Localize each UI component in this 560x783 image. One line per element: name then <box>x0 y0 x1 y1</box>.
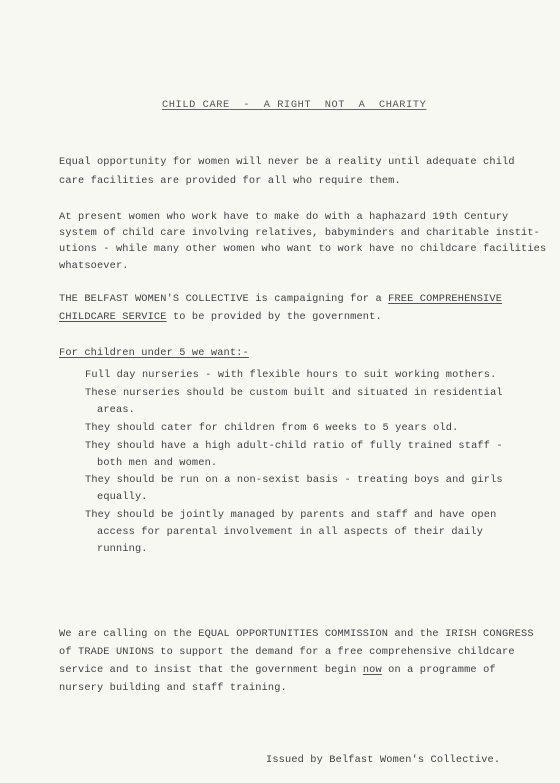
title-dash: - <box>230 99 264 111</box>
signature: Issued by Belfast Women's Collective. <box>266 754 500 767</box>
para1-line1: Equal opportunity for women will never b… <box>59 156 515 169</box>
title-part2: A RIGHT NOT A CHARITY <box>264 99 427 111</box>
demand-2-line1: These nurseries should be custom built a… <box>85 387 503 400</box>
title-part1: CHILD CARE <box>162 99 230 111</box>
para4-line3: service and to insist that the governmen… <box>59 664 496 677</box>
demand-5-line1: They should be run on a non-sexist basis… <box>85 474 503 487</box>
para3-line2: CHILDCARE SERVICE to be provided by the … <box>59 311 382 324</box>
para3-line1: THE BELFAST WOMEN'S COLLECTIVE is campai… <box>59 293 502 306</box>
document-title: CHILD CARE - A RIGHT NOT A CHARITY <box>162 99 426 112</box>
para2-line4: whatsoever. <box>59 260 129 273</box>
demand-6-line3: running. <box>97 543 148 556</box>
demands-heading: For children under 5 we want:- <box>59 347 249 360</box>
document-page: CHILD CARE - A RIGHT NOT A CHARITY Equal… <box>0 0 560 783</box>
demand-3-line1: They should cater for children from 6 we… <box>85 422 458 435</box>
demand-5-line2: equally. <box>97 491 148 504</box>
para4-line1: We are calling on the EQUAL OPPORTUNITIE… <box>59 628 534 641</box>
demand-6-line1: They should be jointly managed by parent… <box>85 509 496 522</box>
para2-line3: utions - while many other women who want… <box>59 243 546 256</box>
para4-line2: of TRADE UNIONS to support the demand fo… <box>59 646 515 659</box>
para1-line2: care facilities are provided for all who… <box>59 175 401 188</box>
demand-2-line2: areas. <box>97 404 135 417</box>
now-underlined: now <box>363 664 382 676</box>
demand-6-line2: access for parental involvement in all a… <box>97 526 483 539</box>
para2-line1: At present women who work have to make d… <box>59 211 508 224</box>
demand-4-line1: They should have a high adult-child rati… <box>85 440 503 453</box>
para4-line3-pre: service and to insist that the governmen… <box>59 664 363 676</box>
childcare-service-underlined: CHILDCARE SERVICE <box>59 311 167 323</box>
demand-4-line2: both men and women. <box>97 457 217 470</box>
free-comprehensive-underlined: FREE COMPREHENSIVE <box>388 293 502 305</box>
para3-line1-text: THE BELFAST WOMEN'S COLLECTIVE is campai… <box>59 293 388 305</box>
demand-1-line1: Full day nurseries - with flexible hours… <box>85 369 496 382</box>
para3-line2-text: to be provided by the government. <box>167 311 382 323</box>
para4-line3-post: on a programme of <box>382 664 496 676</box>
para2-line2: system of child care involving relatives… <box>59 227 540 240</box>
para4-line4: nursery building and staff training. <box>59 682 287 695</box>
